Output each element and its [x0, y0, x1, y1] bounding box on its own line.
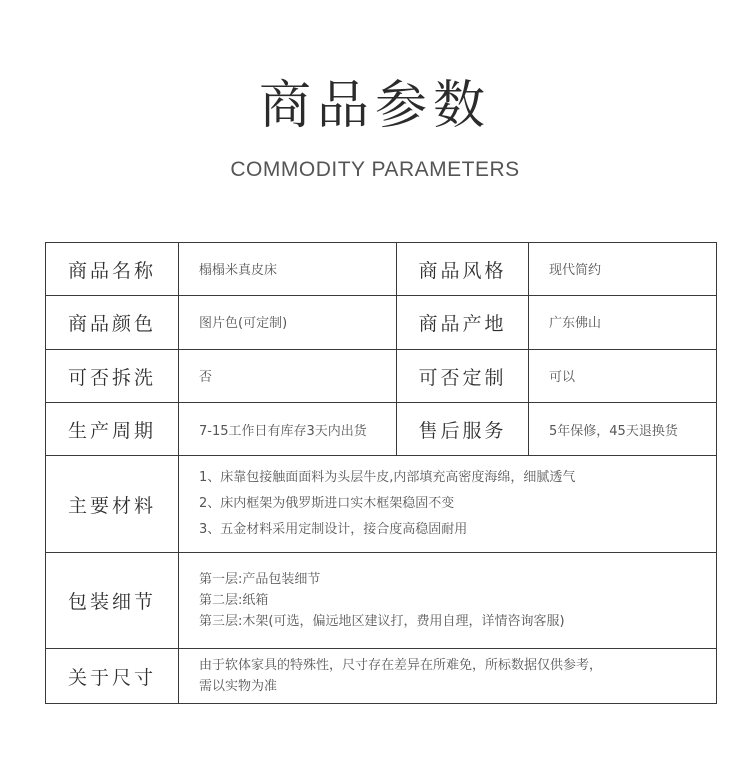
value-customizable: 可以	[529, 350, 717, 403]
value-after-sales: 5年保修，45天退换货	[529, 403, 717, 456]
label-product-origin: 商品产地	[397, 296, 529, 350]
materials-line: 2、床内框架为俄罗斯进口实木框架稳固不变	[199, 491, 716, 517]
value-product-name: 榻榻米真皮床	[179, 243, 397, 296]
packaging-line: 第一层:产品包装细节	[199, 569, 716, 590]
label-product-color: 商品颜色	[46, 296, 179, 350]
parameters-table: 商品名称 榻榻米真皮床 商品风格 现代简约 商品颜色 图片色(可定制) 商品产地…	[45, 242, 717, 704]
table-row: 关于尺寸 由于软体家具的特殊性，尺寸存在差异在所难免，所标数据仅供参考， 需以实…	[46, 649, 717, 704]
label-size: 关于尺寸	[46, 649, 179, 704]
label-production-cycle: 生产周期	[46, 403, 179, 456]
value-washable: 否	[179, 350, 397, 403]
materials-line: 1、床靠包接触面面料为头层牛皮,内部填充高密度海绵，细腻透气	[199, 465, 716, 491]
materials-line: 3、五金材料采用定制设计，接合度高稳固耐用	[199, 517, 716, 543]
value-packaging: 第一层:产品包装细节 第二层:纸箱 第三层:木架(可选，偏远地区建议打，费用自理…	[179, 553, 717, 649]
value-product-color: 图片色(可定制)	[179, 296, 397, 350]
table-row: 商品颜色 图片色(可定制) 商品产地 广东佛山	[46, 296, 717, 350]
value-production-cycle: 7-15工作日有库存3天内出货	[179, 403, 397, 456]
table-row: 商品名称 榻榻米真皮床 商品风格 现代简约	[46, 243, 717, 296]
label-product-name: 商品名称	[46, 243, 179, 296]
table-row: 生产周期 7-15工作日有库存3天内出货 售后服务 5年保修，45天退换货	[46, 403, 717, 456]
size-line: 由于软体家具的特殊性，尺寸存在差异在所难免，所标数据仅供参考，	[199, 655, 716, 676]
size-line: 需以实物为准	[199, 676, 716, 697]
label-after-sales: 售后服务	[397, 403, 529, 456]
label-customizable: 可否定制	[397, 350, 529, 403]
value-size: 由于软体家具的特殊性，尺寸存在差异在所难免，所标数据仅供参考， 需以实物为准	[179, 649, 717, 704]
label-washable: 可否拆洗	[46, 350, 179, 403]
label-product-style: 商品风格	[397, 243, 529, 296]
value-materials: 1、床靠包接触面面料为头层牛皮,内部填充高密度海绵，细腻透气 2、床内框架为俄罗…	[179, 456, 717, 553]
label-materials: 主要材料	[46, 456, 179, 553]
page-title: 商品参数	[0, 74, 750, 138]
table-row: 可否拆洗 否 可否定制 可以	[46, 350, 717, 403]
table-row: 主要材料 1、床靠包接触面面料为头层牛皮,内部填充高密度海绵，细腻透气 2、床内…	[46, 456, 717, 553]
value-product-style: 现代简约	[529, 243, 717, 296]
packaging-line: 第三层:木架(可选，偏远地区建议打，费用自理，详情咨询客服)	[199, 611, 716, 632]
label-packaging: 包装细节	[46, 553, 179, 649]
packaging-line: 第二层:纸箱	[199, 590, 716, 611]
value-product-origin: 广东佛山	[529, 296, 717, 350]
table-row: 包装细节 第一层:产品包装细节 第二层:纸箱 第三层:木架(可选，偏远地区建议打…	[46, 553, 717, 649]
page-subtitle: COMMODITY PARAMETERS	[0, 156, 750, 184]
